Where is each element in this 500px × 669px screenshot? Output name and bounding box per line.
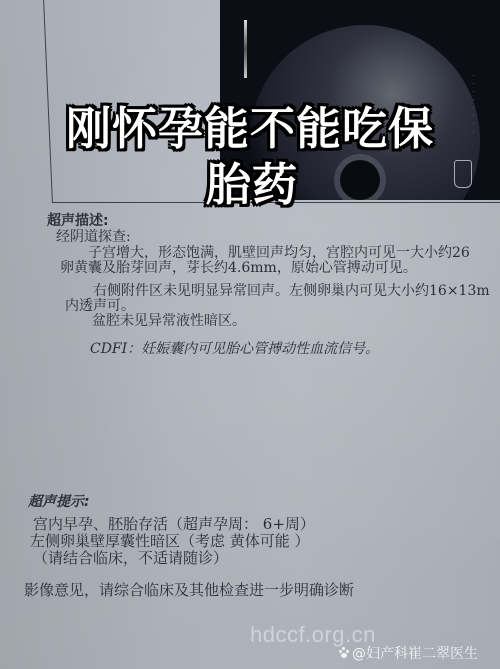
description-heading: 超声描述:: [47, 213, 109, 230]
para3: 盆腔未见异常液性暗区。: [92, 313, 246, 330]
overlay-title-line2: 胎药: [2, 148, 500, 213]
impression-1: 宫内早孕、胚胎存活（超声孕周： 6+周）: [33, 516, 315, 533]
para1-line2: 卵黄囊及胎芽回声，芽长约4.6mm，原始心管搏动可见。: [60, 260, 417, 277]
paw-icon: [338, 647, 350, 659]
author-handle: @妇产科崔二翠医生: [352, 643, 478, 663]
impression-3: （请结合临床，不适请随诊）: [33, 550, 228, 567]
impression-2: 左侧卵巢壁厚囊性暗区（考虑 黄体可能 ）: [30, 533, 310, 550]
imaging-opinion: 影像意见，请综合临床及其他检查进一步明确诊断: [24, 582, 354, 599]
impression-heading: 超声提示:: [28, 494, 90, 511]
cdfi-finding: CDFI：妊娠囊内可见胎心管搏动性血流信号。: [90, 341, 379, 358]
exam-method: 经阴道探查:: [56, 229, 131, 246]
para2-line1: 右侧附件区未见明显异常回声。左侧卵巢内可见大小约16×13m: [93, 283, 490, 300]
author-credit: @妇产科崔二翠医生: [338, 643, 478, 663]
